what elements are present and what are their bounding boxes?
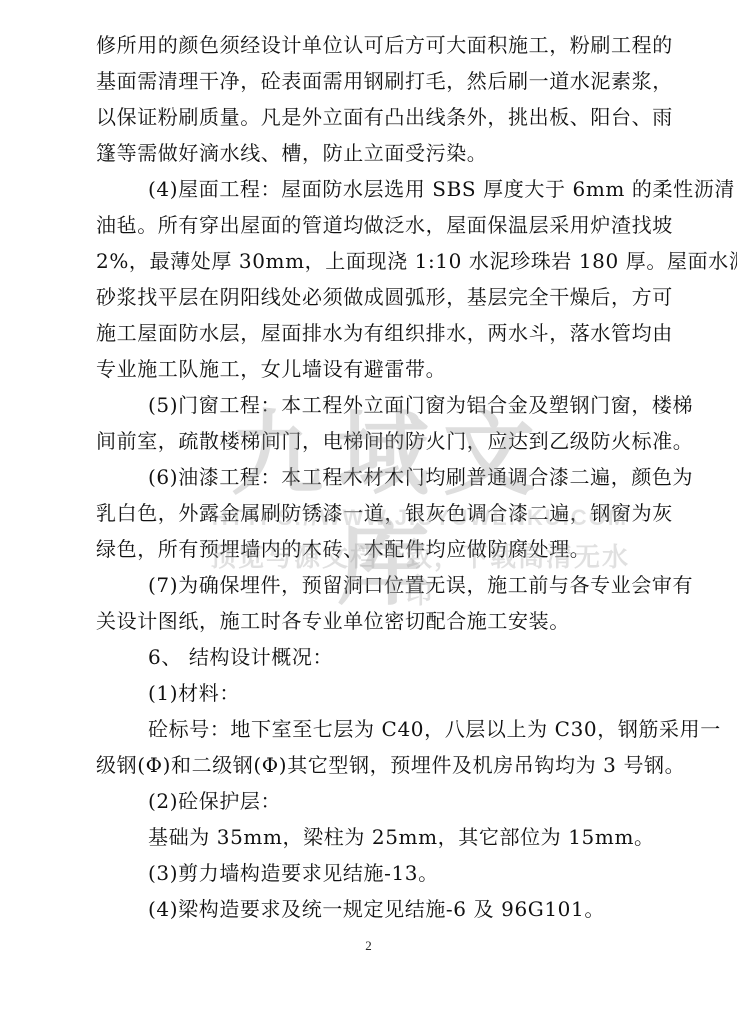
text-line-25: (4)梁构造要求及统一规定见结施-6 及 96G101。 [96, 891, 656, 927]
text-line-24: (3)剪力墙构造要求见结施-13。 [96, 855, 656, 891]
text-line-6: 油毡。所有穿出屋面的管道均做泛水，屋面保温层采用炉渣找坡 [96, 207, 656, 243]
text-line-5: (4)屋面工程：屋面防水层选用 SBS 厚度大于 6mm 的柔性沥清 [96, 171, 656, 207]
text-line-2: 基面需清理干净，砼表面需用钢刷打毛，然后刷一道水泥素浆， [96, 63, 656, 99]
document-body: 修所用的颜色须经设计单位认可后方可大面积施工，粉刷工程的 基面需清理干净，砼表面… [96, 27, 656, 927]
text-line-19: (1)材料： [96, 675, 656, 711]
text-line-15: 绿色，所有预埋墙内的木砖、木配件均应做防腐处理。 [96, 531, 656, 567]
text-line-9: 施工屋面防水层，屋面排水为有组织排水，两水斗，落水管均由 [96, 315, 656, 351]
text-line-12: 间前室，疏散楼梯间门，电梯间的防火门，应达到乙级防火标准。 [96, 423, 656, 459]
page-number: 2 [0, 938, 737, 954]
text-line-13: (6)油漆工程：本工程木材木门均刷普通调合漆二遍，颜色为 [96, 459, 656, 495]
text-line-1: 修所用的颜色须经设计单位认可后方可大面积施工，粉刷工程的 [96, 27, 656, 63]
text-line-10: 专业施工队施工，女儿墙设有避雷带。 [96, 351, 656, 387]
text-line-11: (5)门窗工程：本工程外立面门窗为铝合金及塑钢门窗，楼梯 [96, 387, 656, 423]
section-heading-structure: 6、 结构设计概况： [96, 639, 656, 675]
text-line-16: (7)为确保埋件，预留洞口位置无误，施工前与各专业会审有 [96, 567, 656, 603]
text-line-3: 以保证粉刷质量。凡是外立面有凸出线条外，挑出板、阳台、雨 [96, 99, 656, 135]
document-page: 修所用的颜色须经设计单位认可后方可大面积施工，粉刷工程的 基面需清理干净，砼表面… [0, 0, 737, 1020]
text-line-20: 砼标号：地下室至七层为 C40，八层以上为 C30，钢筋采用一 [96, 711, 656, 747]
text-line-8: 砂浆找平层在阴阳线处必须做成圆弧形，基层完全干燥后，方可 [96, 279, 656, 315]
text-line-14: 乳白色，外露金属刷防锈漆一道，银灰色调合漆二遍，钢窗为灰 [96, 495, 656, 531]
text-line-17: 关设计图纸，施工时各专业单位密切配合施工安装。 [96, 603, 656, 639]
text-line-7: 2%，最薄处厚 30mm，上面现浇 1:10 水泥珍珠岩 180 厚。屋面水泥 [96, 243, 656, 279]
text-line-22: (2)砼保护层： [96, 783, 656, 819]
text-line-4: 篷等需做好滴水线、槽，防止立面受污染。 [96, 135, 656, 171]
text-line-23: 基础为 35mm，梁柱为 25mm，其它部位为 15mm。 [96, 819, 656, 855]
text-line-21: 级钢(Φ)和二级钢(Φ)其它型钢，预埋件及机房吊钩均为 3 号钢。 [96, 747, 656, 783]
